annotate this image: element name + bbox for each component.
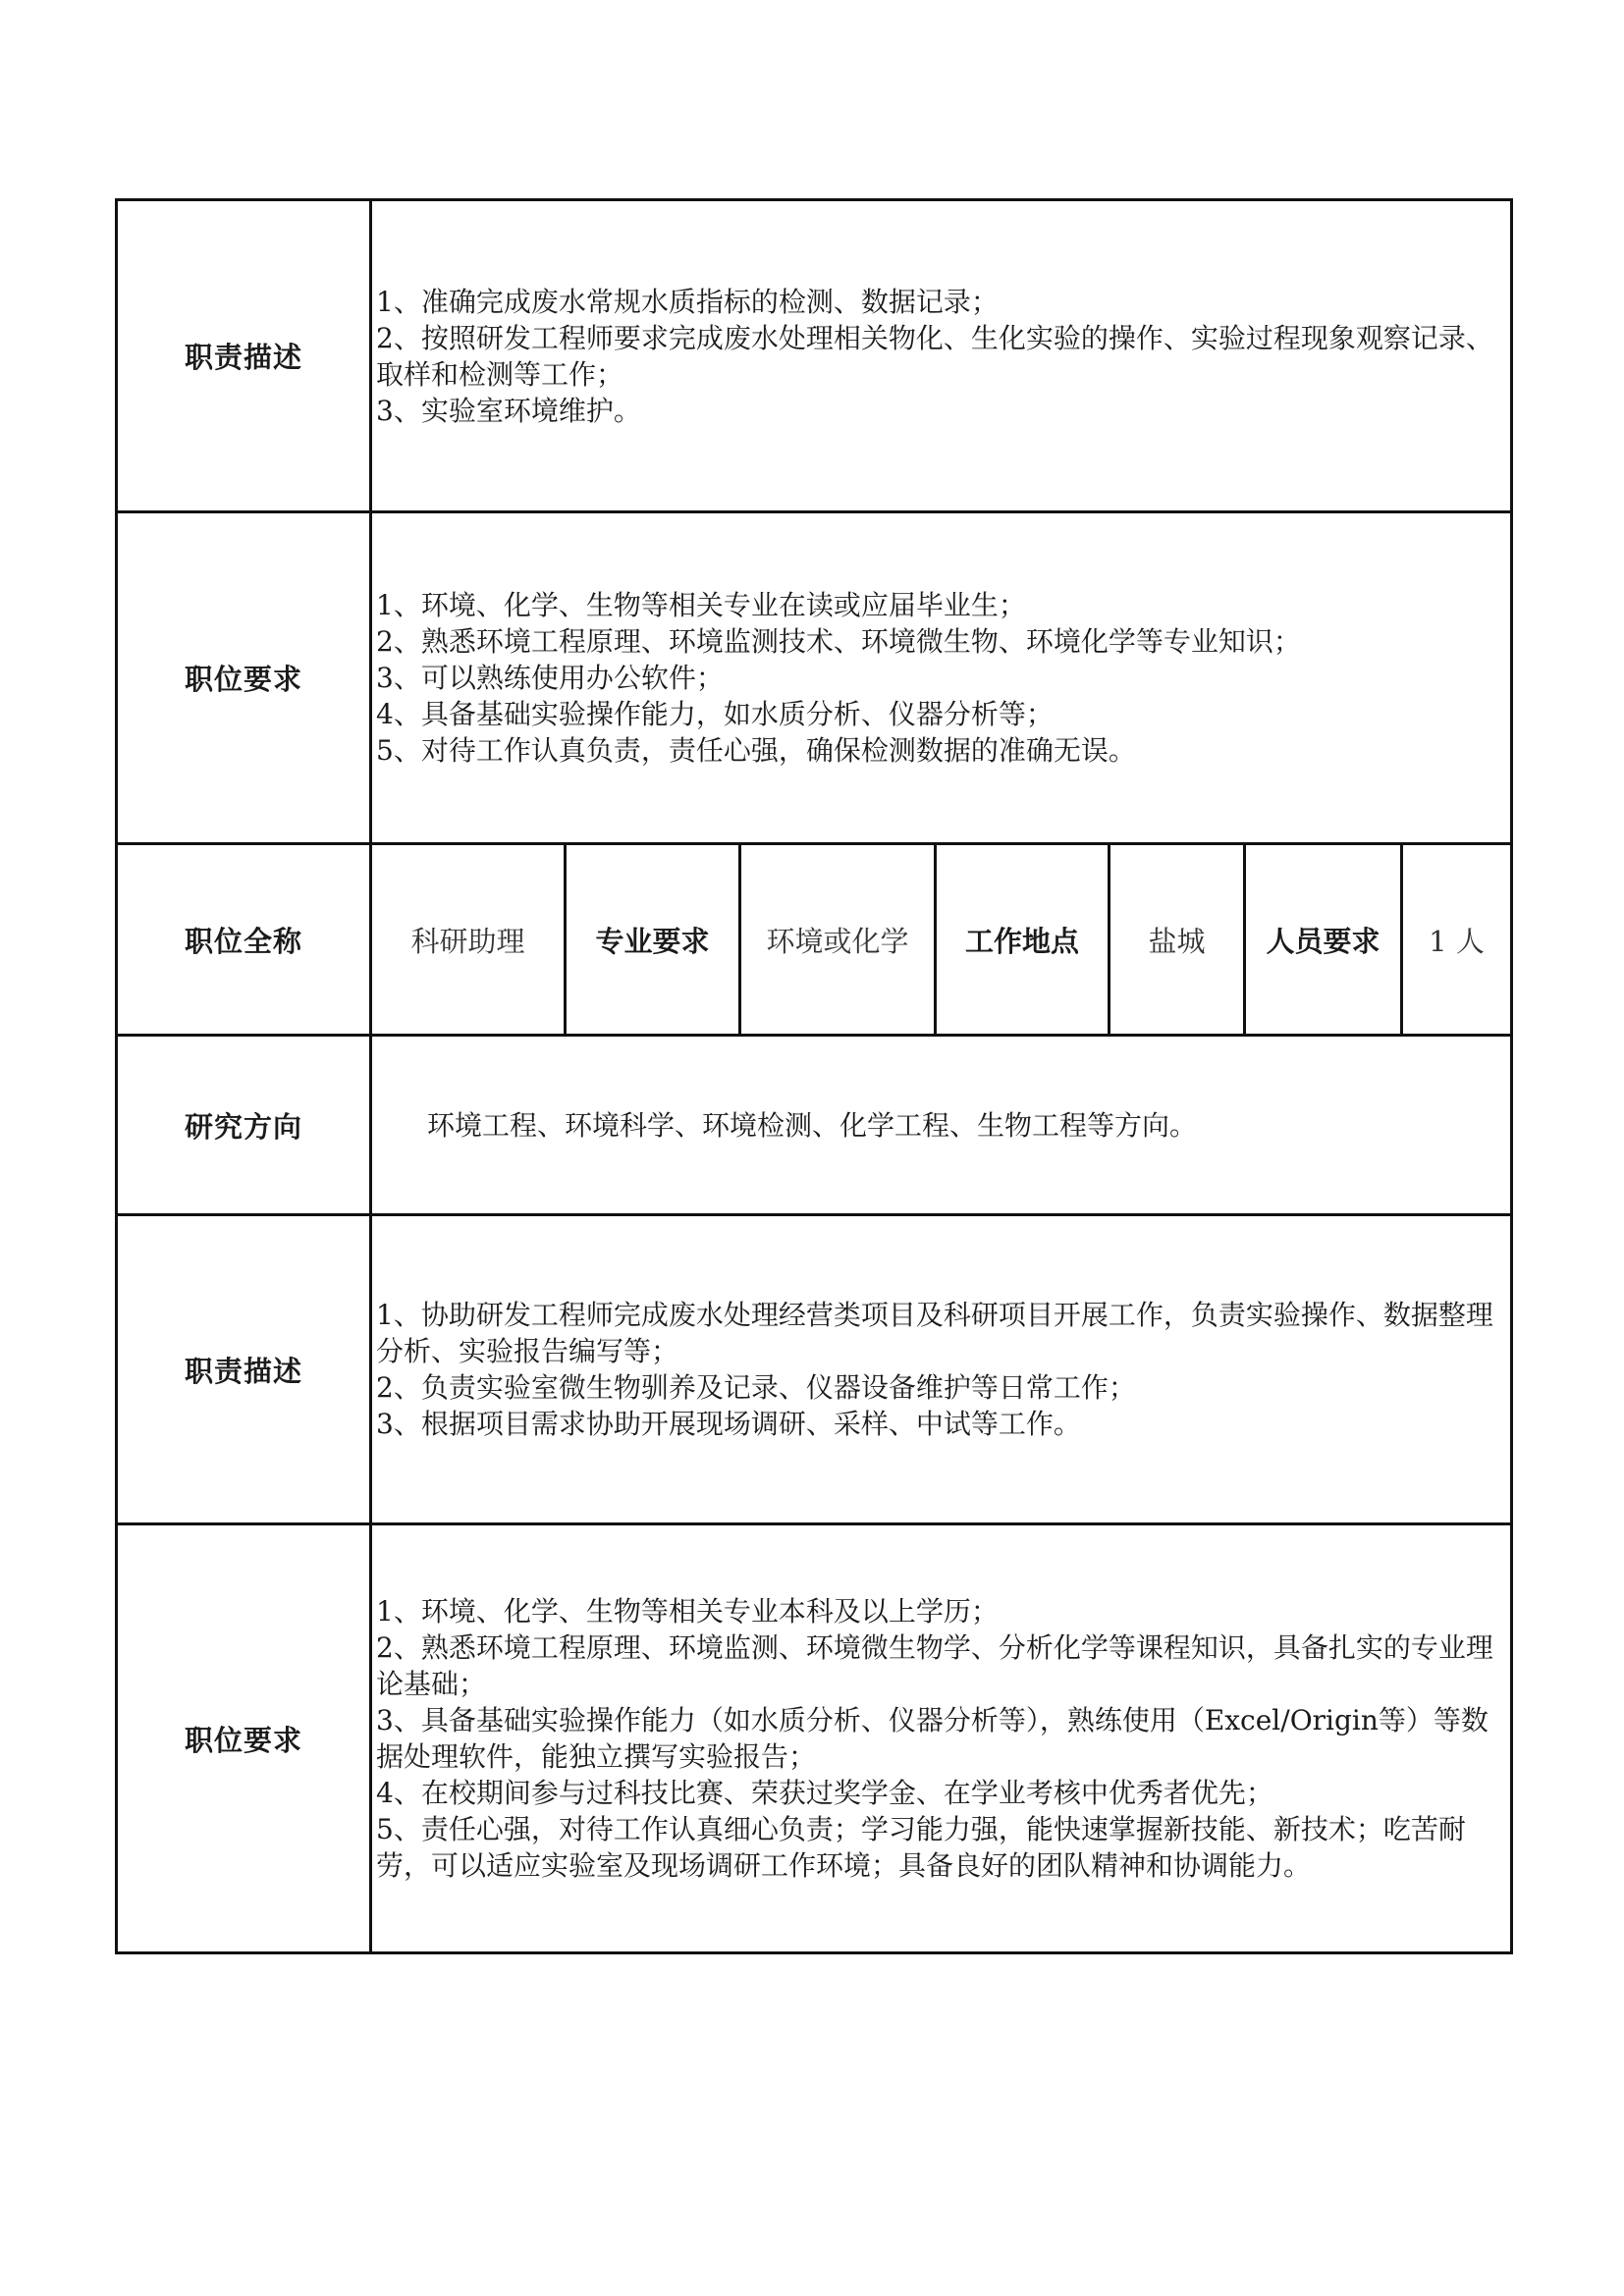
list-item: 5、责任心强，对待工作认真细心负责；学习能力强，能快速掌握新技能、新技术；吃苦耐… [376, 1811, 1508, 1884]
list-item: 1、协助研发工程师完成废水处理经营类项目及科研项目开展工作，负责实验操作、数据整… [376, 1297, 1508, 1369]
headcount-value: 1 人 [1402, 845, 1511, 1034]
list-item: 1、准确完成废水常规水质指标的检测、数据记录； [376, 284, 1508, 320]
row-label: 职责描述 [117, 1215, 371, 1524]
row-label: 职位要求 [117, 512, 371, 844]
table-row-position-info: 职位全称 科研助理 专业要求 环境或化学 工作地点 盐城 人员要求 1 人 [117, 844, 1512, 1036]
requirements-content: 1、环境、化学、生物等相关专业本科及以上学历； 2、熟悉环境工程原理、环境监测、… [371, 1524, 1512, 1953]
list-item: 3、实验室环境维护。 [376, 393, 1508, 429]
row-label: 职位全称 [117, 844, 371, 1036]
location-label: 工作地点 [936, 845, 1110, 1034]
duties-content: 1、协助研发工程师完成废水处理经营类项目及科研项目开展工作，负责实验操作、数据整… [371, 1215, 1512, 1524]
list-item: 1、环境、化学、生物等相关专业在读或应届毕业生； [376, 587, 1508, 623]
requirements-content: 1、环境、化学、生物等相关专业在读或应届毕业生； 2、熟悉环境工程原理、环境监测… [371, 512, 1512, 844]
list-item: 4、在校期间参与过科技比赛、荣获过奖学金、在学业考核中优秀者优先； [376, 1775, 1508, 1811]
position-info-cell: 科研助理 专业要求 环境或化学 工作地点 盐城 人员要求 1 人 [371, 844, 1512, 1036]
major-value: 环境或化学 [740, 845, 936, 1034]
table-row-duties-1: 职责描述 1、准确完成废水常规水质指标的检测、数据记录； 2、按照研发工程师要求… [117, 200, 1512, 512]
table-row-requirements-1: 职位要求 1、环境、化学、生物等相关专业在读或应届毕业生； 2、熟悉环境工程原理… [117, 512, 1512, 844]
list-item: 4、具备基础实验操作能力，如水质分析、仪器分析等； [376, 696, 1508, 732]
list-item: 1、环境、化学、生物等相关专业本科及以上学历； [376, 1593, 1508, 1629]
major-label: 专业要求 [566, 845, 740, 1034]
table-row-requirements-2: 职位要求 1、环境、化学、生物等相关专业本科及以上学历； 2、熟悉环境工程原理、… [117, 1524, 1512, 1953]
duties-content: 1、准确完成废水常规水质指标的检测、数据记录； 2、按照研发工程师要求完成废水处… [371, 200, 1512, 512]
row-label: 职责描述 [117, 200, 371, 512]
location-value: 盐城 [1110, 845, 1245, 1034]
list-item: 3、具备基础实验操作能力（如水质分析、仪器分析等），熟练使用（Excel/Ori… [376, 1702, 1508, 1775]
row-label: 研究方向 [117, 1036, 371, 1215]
position-title-value: 科研助理 [372, 845, 566, 1034]
job-description-table: 职责描述 1、准确完成废水常规水质指标的检测、数据记录； 2、按照研发工程师要求… [115, 198, 1513, 1954]
list-item: 2、熟悉环境工程原理、环境监测、环境微生物学、分析化学等课程知识，具备扎实的专业… [376, 1629, 1508, 1702]
table-row-research-direction: 研究方向 环境工程、环境科学、环境检测、化学工程、生物工程等方向。 [117, 1036, 1512, 1215]
list-item: 5、对待工作认真负责，责任心强，确保检测数据的准确无误。 [376, 732, 1508, 769]
table-row-duties-2: 职责描述 1、协助研发工程师完成废水处理经营类项目及科研项目开展工作，负责实验操… [117, 1215, 1512, 1524]
list-item: 3、根据项目需求协助开展现场调研、采样、中试等工作。 [376, 1406, 1508, 1442]
list-item: 2、按照研发工程师要求完成废水处理相关物化、生化实验的操作、实验过程现象观察记录… [376, 320, 1508, 393]
list-item: 2、负责实验室微生物驯养及记录、仪器设备维护等日常工作； [376, 1369, 1508, 1406]
research-direction-content: 环境工程、环境科学、环境检测、化学工程、生物工程等方向。 [371, 1036, 1512, 1215]
list-item: 3、可以熟练使用办公软件； [376, 660, 1508, 696]
headcount-label: 人员要求 [1245, 845, 1402, 1034]
list-item: 2、熟悉环境工程原理、环境监测技术、环境微生物、环境化学等专业知识； [376, 623, 1508, 660]
row-label: 职位要求 [117, 1524, 371, 1953]
position-info-grid: 科研助理 专业要求 环境或化学 工作地点 盐城 人员要求 1 人 [372, 845, 1510, 1034]
